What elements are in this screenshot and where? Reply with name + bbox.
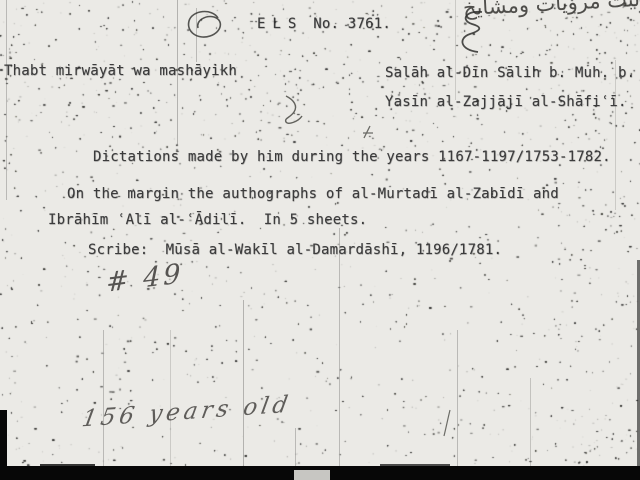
scanned-catalog-card: ELSNo. 3761. Thabt mirwāyāt wa mashāyikh… [0,0,640,480]
card-header: ELSNo. 3761. [257,16,391,32]
paper-crease-line [530,378,531,480]
dictations-line: Dictations made by him during the years … [93,149,611,165]
paper-crease-line [6,0,7,200]
scan-band-gap [294,470,330,480]
scan-edge-bump [40,464,95,467]
paper-crease-line [615,60,616,210]
scan-edge-bump [380,464,450,467]
tiny-pen-mark [360,124,376,144]
margin-note-line-1: On the margin the authographs of al-Murt… [67,186,559,202]
paper-crease-line [243,300,244,480]
margin-note-line-2: Ibrāhīm ʿAlī al-ʿĀdilī. In 5 sheets. [48,212,367,228]
scribe-line: Scribe: Mūsā al-Wakīl al-Damardāshī, 119… [88,242,502,258]
pen-loop-scribble [184,6,230,44]
title-transliteration: Thabt mirwāyāt wa mashāyikh [4,63,237,79]
author-line-1: Salāh al-Dīn Sālih b. Muh. b. [385,65,635,81]
series-label: ELS [257,16,303,32]
small-pen-squiggle [280,92,306,126]
card-number: No. 3761. [313,16,391,32]
paper-crease-line [339,228,340,480]
author-line-2: Yasīn al-Zajjājī al-Shāfiʿī. [385,94,627,110]
paper-crease-line [457,330,458,480]
pen-flourish-scribble [452,8,490,56]
stray-pen-stroke [440,408,454,438]
